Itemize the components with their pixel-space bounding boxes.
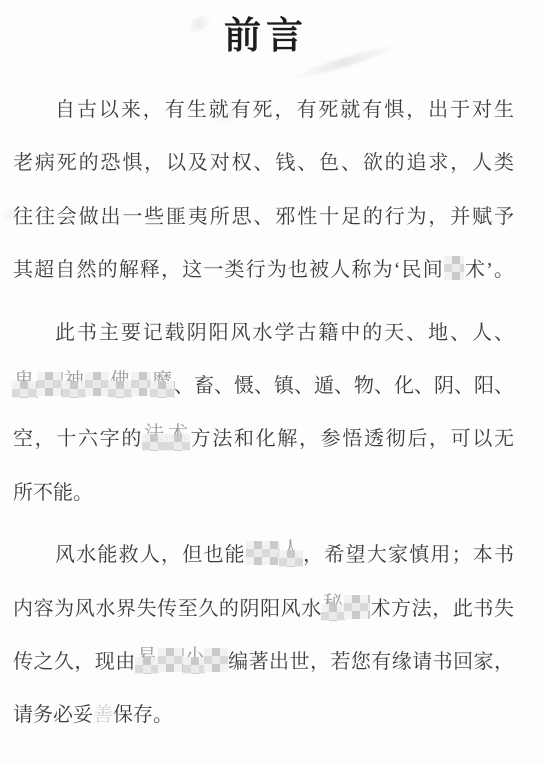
ghost-char-text: 神 [64,369,84,393]
censor-mosaic-block [131,372,151,396]
text-segment: 此书主要记载阴阳风水学古籍中的天、地、人、 [55,322,514,344]
text-line: 自古以来，有生就有死，有死就有惧，出于对生 [13,84,514,137]
document-body: 自古以来，有生就有死，有死就有惧，出于对生老病死的恐惧，以及对权、钱、色、欲的追… [13,84,514,743]
text-line: 风水能救人，但也能人，希望大家慎用；本书 [13,529,514,582]
faint-char: 善 [93,704,113,726]
text-line: 传之久，现由易小编著出世，若您有缘请书回家， [13,636,514,689]
censor-mosaic-block [204,648,228,672]
paragraph: 自古以来，有生就有死，有死就有惧，出于对生老病死的恐惧，以及对权、钱、色、欲的追… [13,84,514,298]
text-line: 老病死的恐惧，以及对权、钱、色、欲的追求，人类 [13,137,514,190]
text-line: 其超自然的解释，这一类行为也被人称为‘民间术’。 [13,244,514,297]
text-line: 鬼神佛魔、畜、慑、镇、遁、物、化、阴、阳、 [13,360,514,413]
text-segment: 请务必妥 [13,704,93,726]
text-segment: 往往会做出一些匪夷所思、邪性十足的行为，并赋予 [13,206,514,228]
text-segment: 其超自然的解释，这一类行为也被人称为‘民间 [13,259,444,281]
document-page: 前言 自古以来，有生就有死，有死就有惧，出于对生老病死的恐惧，以及对权、钱、色、… [0,0,544,764]
text-segment: 传之久，现由 [13,651,136,673]
text-segment: 所不能。 [13,482,93,504]
text-segment: 术方法，此书失 [370,598,514,620]
censor-mosaic-block [37,372,63,396]
text-segment: 编著出世，若您有缘请书回家， [228,651,514,673]
text-segment: 术’。 [464,259,514,281]
text-line: 往往会做出一些匪夷所思、邪性十足的行为，并赋予 [13,191,514,244]
ghost-char-text: 鬼 [14,369,34,393]
paragraph: 风水能救人，但也能人，希望大家慎用；本书内容为风水界失传至久的阴阳风水秘术方法，… [13,529,514,743]
censor-mosaic-block [444,256,464,280]
censored-ghost-char: 法 [143,425,167,449]
text-segment: 内容为风水界失传至久的阴阳风水 [13,598,322,620]
text-line: 所不能。 [13,467,514,520]
ghost-char-text: 小 [185,645,205,669]
censor-mosaic-block [246,541,280,565]
paragraph: 此书主要记载阴阳风水学古籍中的天、地、人、鬼神佛魔、畜、慑、镇、遁、物、化、阴、… [13,307,514,521]
ghost-char-text: 秘 [323,592,343,616]
ghost-char-text: 魔 [152,369,172,393]
text-segment: ，希望大家慎用；本书 [302,544,514,566]
censored-ghost-char: 术 [167,425,189,449]
text-segment: 、畜、慑、镇、遁、物、化、阴、阳、 [174,375,514,397]
page-title: 前言 [13,16,514,58]
text-line: 此书主要记载阴阳风水学古籍中的天、地、人、 [13,307,514,360]
censored-ghost-char: 佛 [109,372,131,396]
text-segment: 方法和化解，参悟透彻后，可以无 [189,428,514,450]
text-line: 请务必妥善保存。 [13,689,514,742]
censored-ghost-char: 小 [184,648,204,672]
text-line: 空，十六字的法术方法和化解，参悟透彻后，可以无 [13,413,514,466]
censored-ghost-char: 神 [63,372,85,396]
censored-ghost-char: 人 [280,541,302,565]
text-segment: 老病死的恐惧，以及对权、钱、色、欲的追求，人类 [13,152,514,174]
censored-ghost-char: 魔 [151,372,174,396]
censor-mosaic-block [85,372,109,396]
censor-mosaic-block [158,648,184,672]
ghost-char-text: 易 [137,645,157,669]
ghost-char-text: 术 [168,422,188,446]
censored-ghost-char: 易 [136,648,158,672]
ghost-char-text: 法 [144,422,164,446]
text-line: 内容为风水界失传至久的阴阳风水秘术方法，此书失 [13,583,514,636]
text-segment: 保存。 [113,704,173,726]
text-segment: 自古以来，有生就有死，有死就有惧，出于对生 [55,99,514,121]
ghost-char-text: 佛 [110,369,130,393]
text-segment: 风水能救人，但也能 [55,544,246,566]
censored-ghost-char: 鬼 [13,372,37,396]
censor-mosaic-block [344,595,370,619]
censored-ghost-char: 秘 [322,595,344,619]
ghost-char-text: 人 [281,538,301,562]
text-segment: 空，十六字的 [13,428,143,450]
